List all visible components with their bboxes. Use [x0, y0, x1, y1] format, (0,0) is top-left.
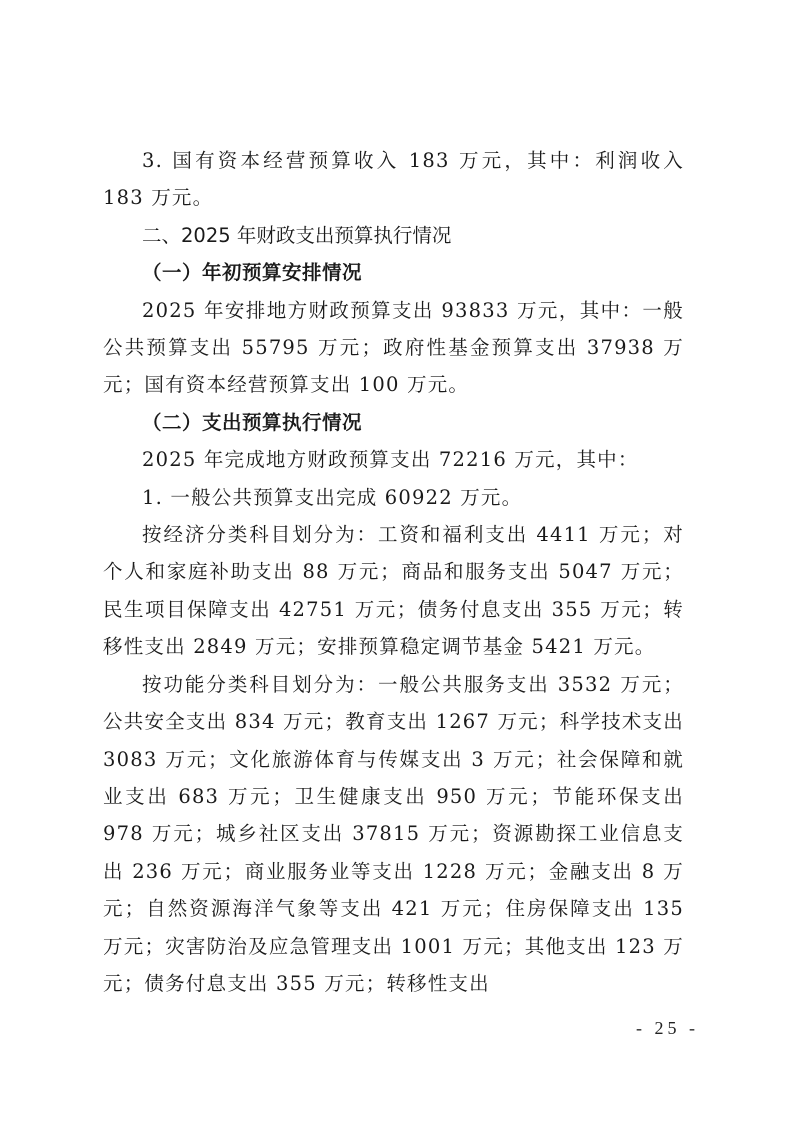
paragraph-initial-budget: 2025 年安排地方财政预算支出 93833 万元，其中：一般公共预算支出 55… — [103, 292, 684, 404]
paragraph-execution-total: 2025 年完成地方财政预算支出 72216 万元，其中： — [103, 441, 684, 478]
paragraph-general-public-budget: 1. 一般公共预算支出完成 60922 万元。 — [103, 479, 684, 516]
page-number: - 25 - — [636, 1018, 699, 1039]
document-page: 3. 国有资本经营预算收入 183 万元，其中：利润收入 183 万元。 二、2… — [0, 0, 794, 1122]
document-body: 3. 国有资本经营预算收入 183 万元，其中：利润收入 183 万元。 二、2… — [103, 142, 684, 1002]
paragraph-functional-classification: 按功能分类科目划分为：一般公共服务支出 3532 万元；公共安全支出 834 万… — [103, 666, 684, 1003]
subheading-budget-execution: （二）支出预算执行情况 — [103, 404, 684, 441]
paragraph-economic-classification: 按经济分类科目划分为：工资和福利支出 4411 万元；对个人和家庭补助支出 88… — [103, 516, 684, 666]
subheading-initial-budget: （一）年初预算安排情况 — [103, 254, 684, 291]
section-heading-expenditure: 二、2025 年财政支出预算执行情况 — [103, 217, 684, 254]
paragraph-state-capital-revenue: 3. 国有资本经营预算收入 183 万元，其中：利润收入 183 万元。 — [103, 142, 684, 217]
